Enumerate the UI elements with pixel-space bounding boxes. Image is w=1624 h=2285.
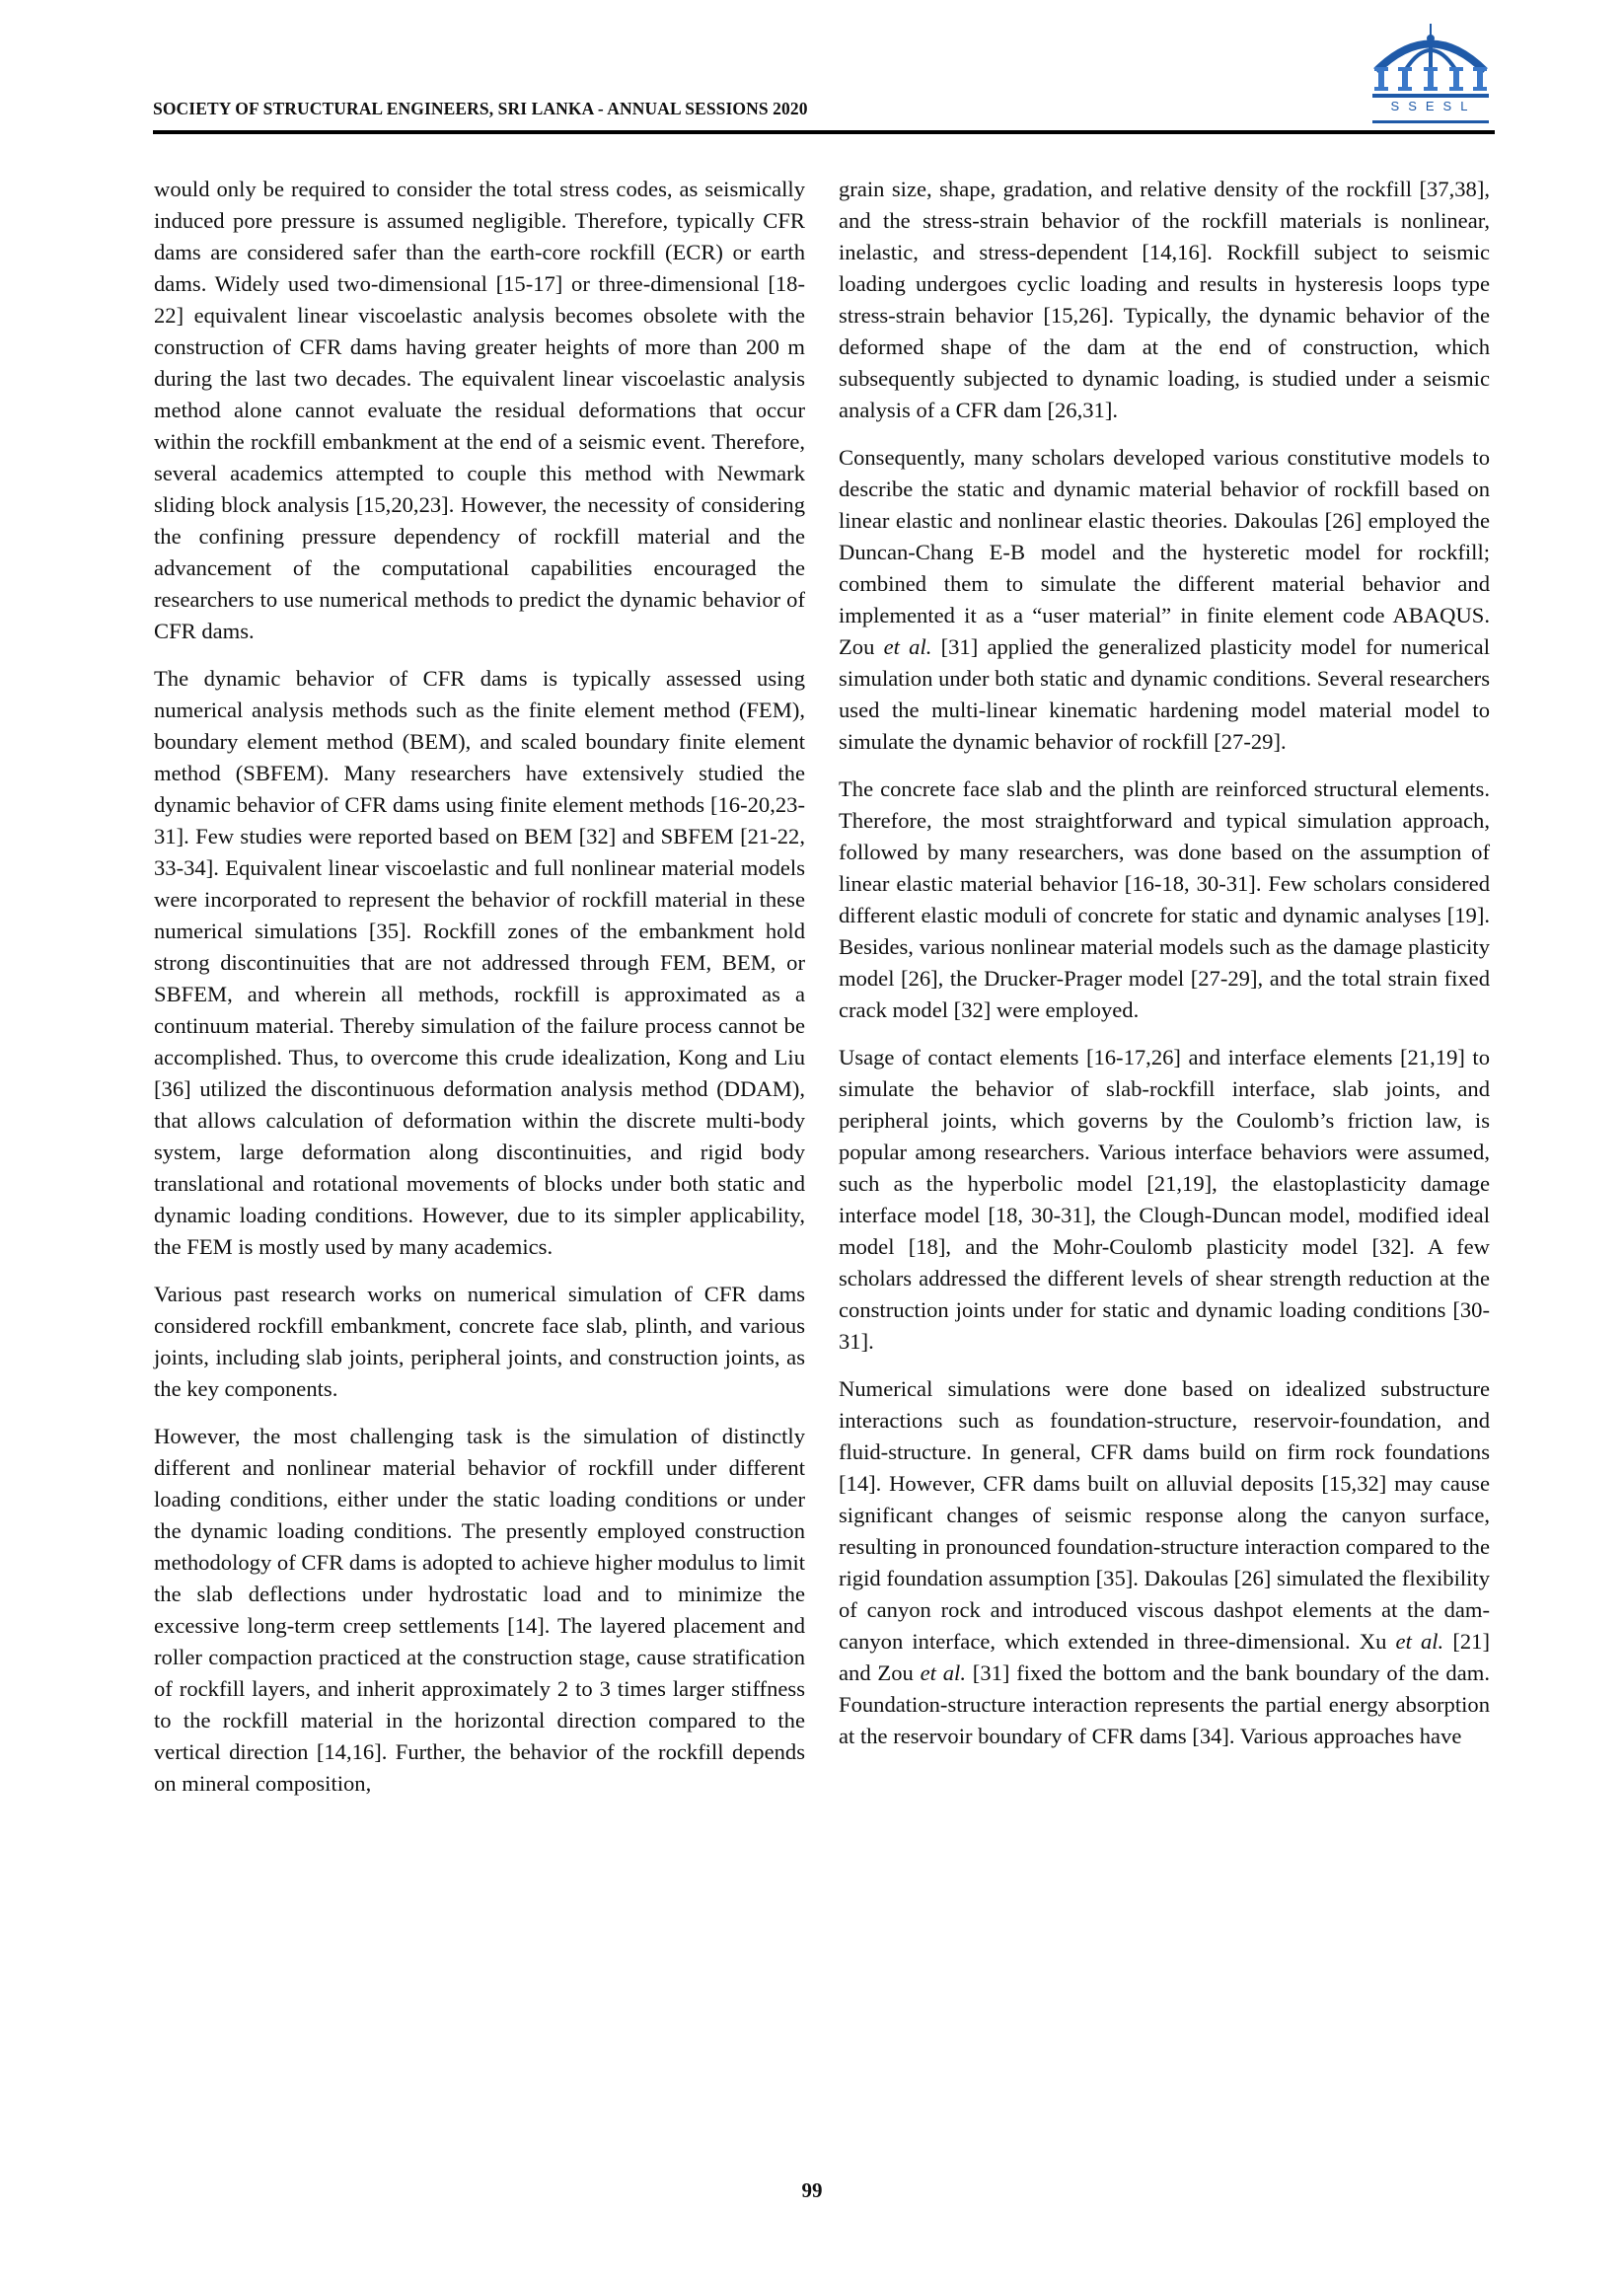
conference-title: SOCIETY OF STRUCTURAL ENGINEERS, SRI LAN…: [153, 99, 808, 119]
right-column: grain size, shape, gradation, and relati…: [839, 174, 1490, 1768]
paragraph: Consequently, many scholars developed va…: [839, 442, 1490, 758]
paragraph: grain size, shape, gradation, and relati…: [839, 174, 1490, 426]
paragraph: Various past research works on numerical…: [154, 1279, 805, 1405]
header-divider: [153, 130, 1495, 134]
left-column: would only be required to consider the t…: [154, 174, 805, 1815]
paragraph: The dynamic behavior of CFR dams is typi…: [154, 663, 805, 1263]
italic-et-al: et al.: [884, 634, 932, 659]
paragraph: However, the most challenging task is th…: [154, 1421, 805, 1800]
text-run: Consequently, many scholars developed va…: [839, 445, 1490, 659]
page-number: 99: [0, 2178, 1624, 2203]
paragraph: Numerical simulations were done based on…: [839, 1373, 1490, 1752]
paragraph: Usage of contact elements [16-17,26] and…: [839, 1042, 1490, 1358]
dome-columns-icon: [1366, 22, 1495, 101]
text-run: Numerical simulations were done based on…: [839, 1376, 1490, 1654]
italic-et-al: et al.: [1396, 1629, 1444, 1654]
text-run: [31] applied the generalized plasticity …: [839, 634, 1490, 754]
paragraph: The concrete face slab and the plinth ar…: [839, 774, 1490, 1026]
logo-underline: [1372, 120, 1489, 123]
logo-acronym: SSESL: [1366, 99, 1495, 113]
italic-et-al: et al.: [921, 1660, 966, 1685]
ssesl-logo: SSESL: [1366, 22, 1495, 126]
paragraph: would only be required to consider the t…: [154, 174, 805, 647]
